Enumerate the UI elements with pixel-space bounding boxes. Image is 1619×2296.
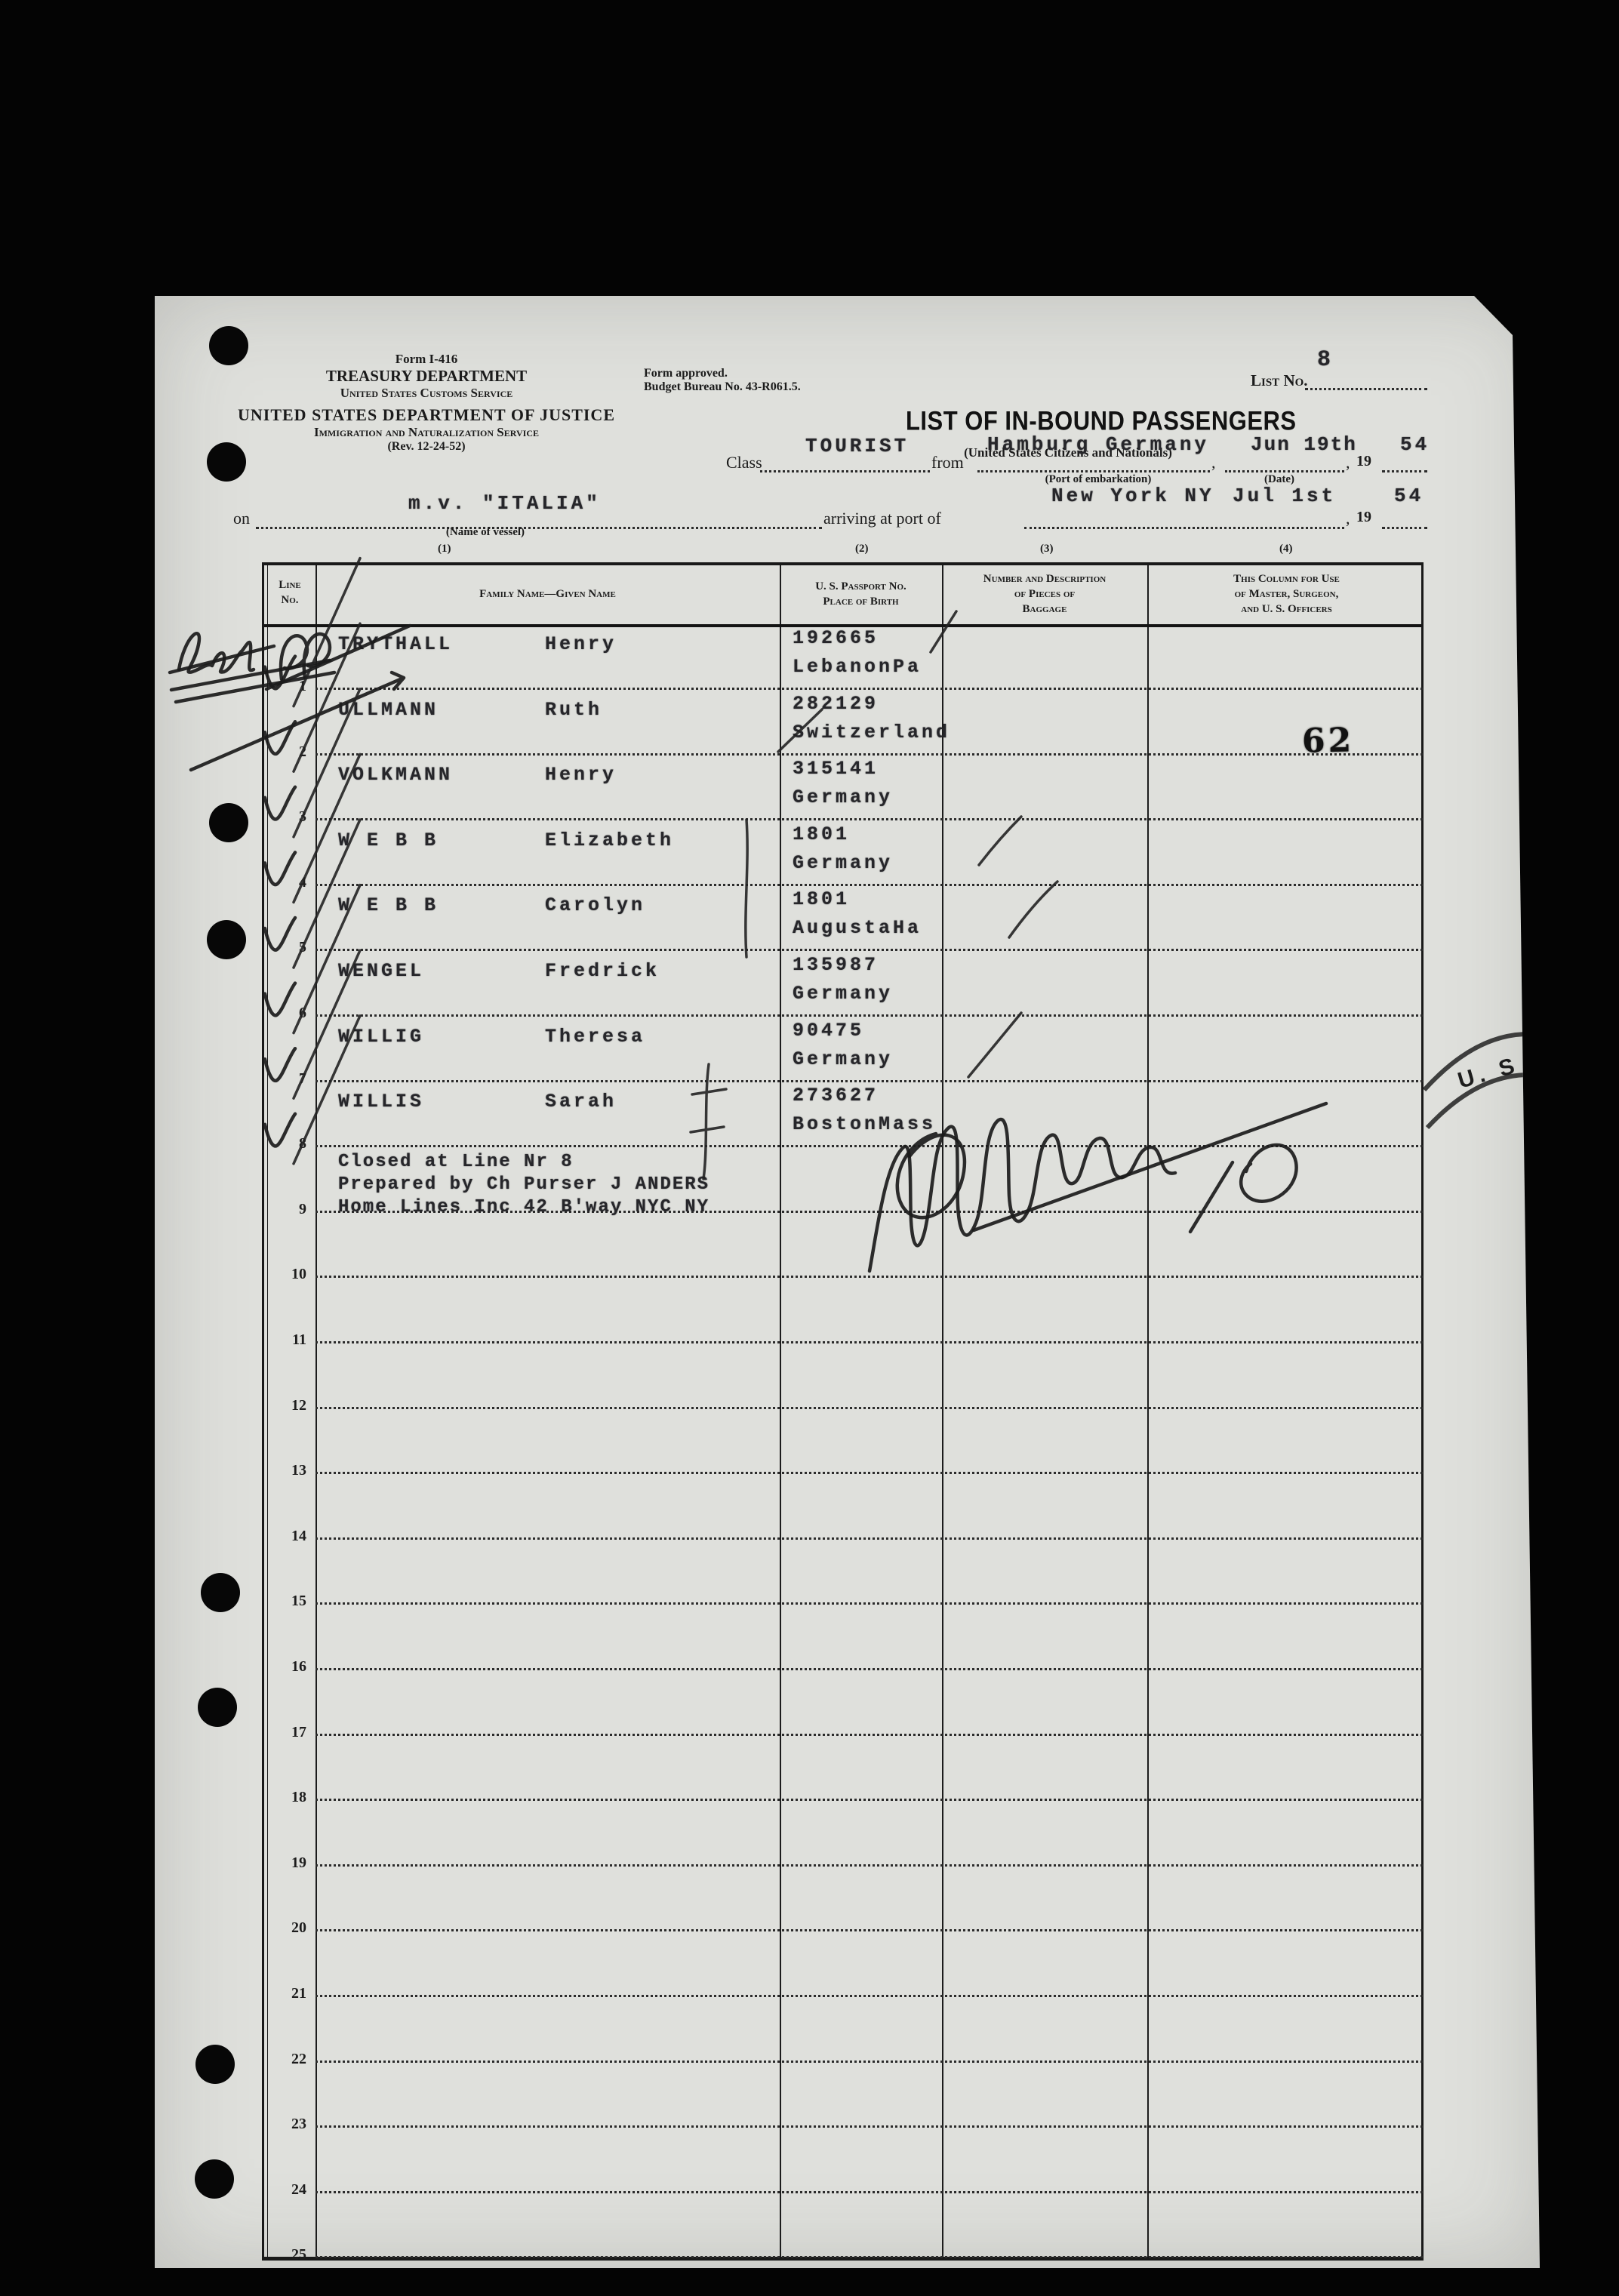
- punch-hole-8: [195, 2159, 234, 2199]
- passport-no-cell: 282129: [793, 693, 879, 715]
- table-row: 11: [264, 1278, 1426, 1343]
- year-19-a: 19: [1356, 453, 1371, 470]
- customs-service-line: United States Customs Service: [215, 386, 638, 401]
- form-number: Form I-416: [215, 352, 638, 367]
- family-name-cell: VOLKMANN: [338, 764, 453, 786]
- arrival-year-value: 54: [1394, 485, 1424, 507]
- place-of-birth-cell: Germany: [793, 852, 893, 874]
- punch-hole-3: [209, 803, 248, 842]
- table-row: 23: [264, 2062, 1426, 2128]
- punch-hole-2: [207, 442, 246, 482]
- list-no-label: List No.: [1251, 371, 1308, 390]
- table-row: 1TRYTHALLHenry192665LebanonPa: [264, 624, 1426, 690]
- given-name-cell: Henry: [545, 764, 617, 786]
- passport-no-cell: 1801: [793, 823, 850, 845]
- table-row: 16: [264, 1605, 1426, 1670]
- form-approved-line: Form approved.: [644, 367, 801, 380]
- place-of-birth-cell: BostonMass: [793, 1113, 936, 1135]
- scanned-document: Form I-416 TREASURY DEPARTMENT United St…: [0, 0, 1619, 2296]
- vessel-caption: (Name of vessel): [410, 526, 561, 539]
- passenger-table: Line No. Family Name—Given Name U. S. Pa…: [262, 562, 1424, 2261]
- given-name-cell: Ruth: [545, 699, 602, 721]
- given-name-cell: Carolyn: [545, 894, 645, 916]
- date-dotted: [1225, 470, 1344, 472]
- col-ref-1: (1): [438, 543, 451, 556]
- table-row: 15: [264, 1539, 1426, 1605]
- year-dotted-b: [1382, 527, 1427, 529]
- table-row: 25: [264, 2193, 1426, 2258]
- given-name-cell: Henry: [545, 633, 617, 655]
- year-dotted-a: [1382, 470, 1427, 472]
- punch-hole-7: [195, 2045, 235, 2084]
- closing-note-line: Prepared by Ch Purser J ANDERS: [338, 1174, 709, 1195]
- ins-line: Immigration and Naturalization Service: [215, 425, 638, 440]
- table-row: 10: [264, 1212, 1426, 1278]
- form-approved-block: Form approved. Budget Bureau No. 43-R061…: [644, 367, 801, 394]
- treasury-dept-line: TREASURY DEPARTMENT: [215, 367, 638, 386]
- us-stamp-text: U. S: [1455, 1052, 1522, 1093]
- on-label: on: [233, 509, 250, 528]
- table-row: 14: [264, 1474, 1426, 1540]
- family-name-cell: ULLMANN: [338, 699, 439, 721]
- vessel-value: m.v. "ITALIA": [408, 492, 601, 515]
- arrival-dotted: [1024, 527, 1344, 529]
- family-name-cell: WILLIG: [338, 1026, 424, 1048]
- table-row: 2ULLMANNRuth282129Switzerland: [264, 690, 1426, 756]
- budget-bureau-line: Budget Bureau No. 43-R061.5.: [644, 380, 801, 394]
- class-value: TOURIST: [805, 435, 909, 457]
- arriving-label: arriving at port of: [823, 509, 941, 528]
- year-19-b: 19: [1356, 509, 1371, 526]
- header-officers: This Column for Use of Master, Surgeon, …: [1147, 571, 1426, 617]
- passport-no-cell: 135987: [793, 954, 879, 976]
- passport-no-cell: 1801: [793, 888, 850, 910]
- table-row: 21: [264, 1931, 1426, 1997]
- from-year-value: 54: [1400, 433, 1430, 456]
- passport-no-cell: 192665: [793, 627, 879, 649]
- list-no-dotted-line: [1305, 388, 1427, 390]
- header-name: Family Name—Given Name: [315, 586, 780, 602]
- officer-stamp-62: 62: [1302, 721, 1355, 760]
- comma-1: ,: [1211, 453, 1216, 472]
- manifest-page: Form I-416 TREASURY DEPARTMENT United St…: [155, 296, 1540, 2268]
- col-ref-3: (3): [1040, 543, 1054, 556]
- place-of-birth-cell: Switzerland: [793, 722, 950, 743]
- family-name-cell: W E B B: [338, 829, 439, 851]
- from-label: from: [931, 453, 964, 472]
- table-row: 19: [264, 1801, 1426, 1867]
- table-row: 3VOLKMANNHenry315141Germany: [264, 755, 1426, 820]
- list-no-value: 8: [1317, 347, 1334, 373]
- table-row: 9Closed at Line Nr 8Prepared by Ch Purse…: [264, 1147, 1426, 1213]
- place-of-birth-cell: LebanonPa: [793, 656, 922, 678]
- punch-hole-6: [198, 1688, 237, 1727]
- table-row: 24: [264, 2128, 1426, 2193]
- comma-3: ,: [1346, 509, 1350, 528]
- table-row: 22: [264, 1997, 1426, 2063]
- col-ref-2: (2): [855, 543, 869, 556]
- from-date-value: Jun 19th: [1251, 433, 1357, 456]
- place-of-birth-cell: AugustaHa: [793, 917, 922, 939]
- place-of-birth-cell: Germany: [793, 983, 893, 1005]
- table-row: 20: [264, 1866, 1426, 1931]
- comma-2: ,: [1346, 453, 1350, 472]
- doj-line: UNITED STATES DEPARTMENT OF JUSTICE: [215, 405, 638, 425]
- revision-line: (Rev. 12-24-52): [215, 440, 638, 454]
- passport-no-cell: 273627: [793, 1085, 879, 1106]
- family-name-cell: WENGEL: [338, 960, 424, 982]
- col-ref-4: (4): [1279, 543, 1293, 556]
- family-name-cell: TRYTHALL: [338, 633, 453, 655]
- from-value: Hamburg Germany: [987, 433, 1209, 456]
- page-title: LIST OF IN-BOUND PASSENGERS: [906, 405, 1297, 436]
- table-row: 13: [264, 1408, 1426, 1474]
- header-baggage: Number and Description of Pieces of Bagg…: [942, 571, 1147, 617]
- given-name-cell: Elizabeth: [545, 829, 674, 851]
- header-line-no: Line No.: [264, 577, 315, 608]
- arrival-date-value: Jul 1st: [1233, 485, 1336, 507]
- class-dotted: [760, 470, 930, 472]
- line-number: 25: [267, 2246, 306, 2264]
- given-name-cell: Fredrick: [545, 960, 660, 982]
- punch-hole-1: [209, 326, 248, 365]
- from-dotted: [977, 470, 1210, 472]
- class-label: Class: [726, 453, 762, 472]
- agency-header-block: Form I-416 TREASURY DEPARTMENT United St…: [215, 352, 638, 454]
- header-passport: U. S. Passport No. Place of Birth: [780, 579, 942, 609]
- arrival-port-value: New York NY: [1051, 485, 1214, 507]
- place-of-birth-cell: Germany: [793, 786, 893, 808]
- given-name-cell: Theresa: [545, 1026, 645, 1048]
- table-row: 18: [264, 1735, 1426, 1801]
- table-row: 6WENGELFredrick135987Germany: [264, 951, 1426, 1017]
- passport-no-cell: 90475: [793, 1020, 864, 1042]
- table-row: 4W E B BElizabeth1801Germany: [264, 820, 1426, 886]
- family-name-cell: W E B B: [338, 894, 439, 916]
- punch-hole-4: [207, 920, 246, 959]
- place-of-birth-cell: Germany: [793, 1048, 893, 1070]
- family-name-cell: WILLIS: [338, 1091, 424, 1113]
- table-row: 5W E B BCarolyn1801AugustaHa: [264, 885, 1426, 951]
- passport-no-cell: 315141: [793, 758, 879, 780]
- table-row: 17: [264, 1670, 1426, 1736]
- closing-note-line: Closed at Line Nr 8: [338, 1152, 574, 1172]
- row-dotted-separator: [315, 2256, 1423, 2258]
- us-circular-stamp: U. S: [1424, 1034, 1540, 1128]
- table-row: 8WILLISSarah273627BostonMass: [264, 1082, 1426, 1147]
- given-name-cell: Sarah: [545, 1091, 617, 1113]
- table-row: 7WILLIGTheresa90475Germany: [264, 1017, 1426, 1082]
- punch-hole-5: [201, 1573, 240, 1612]
- table-row: 12: [264, 1343, 1426, 1409]
